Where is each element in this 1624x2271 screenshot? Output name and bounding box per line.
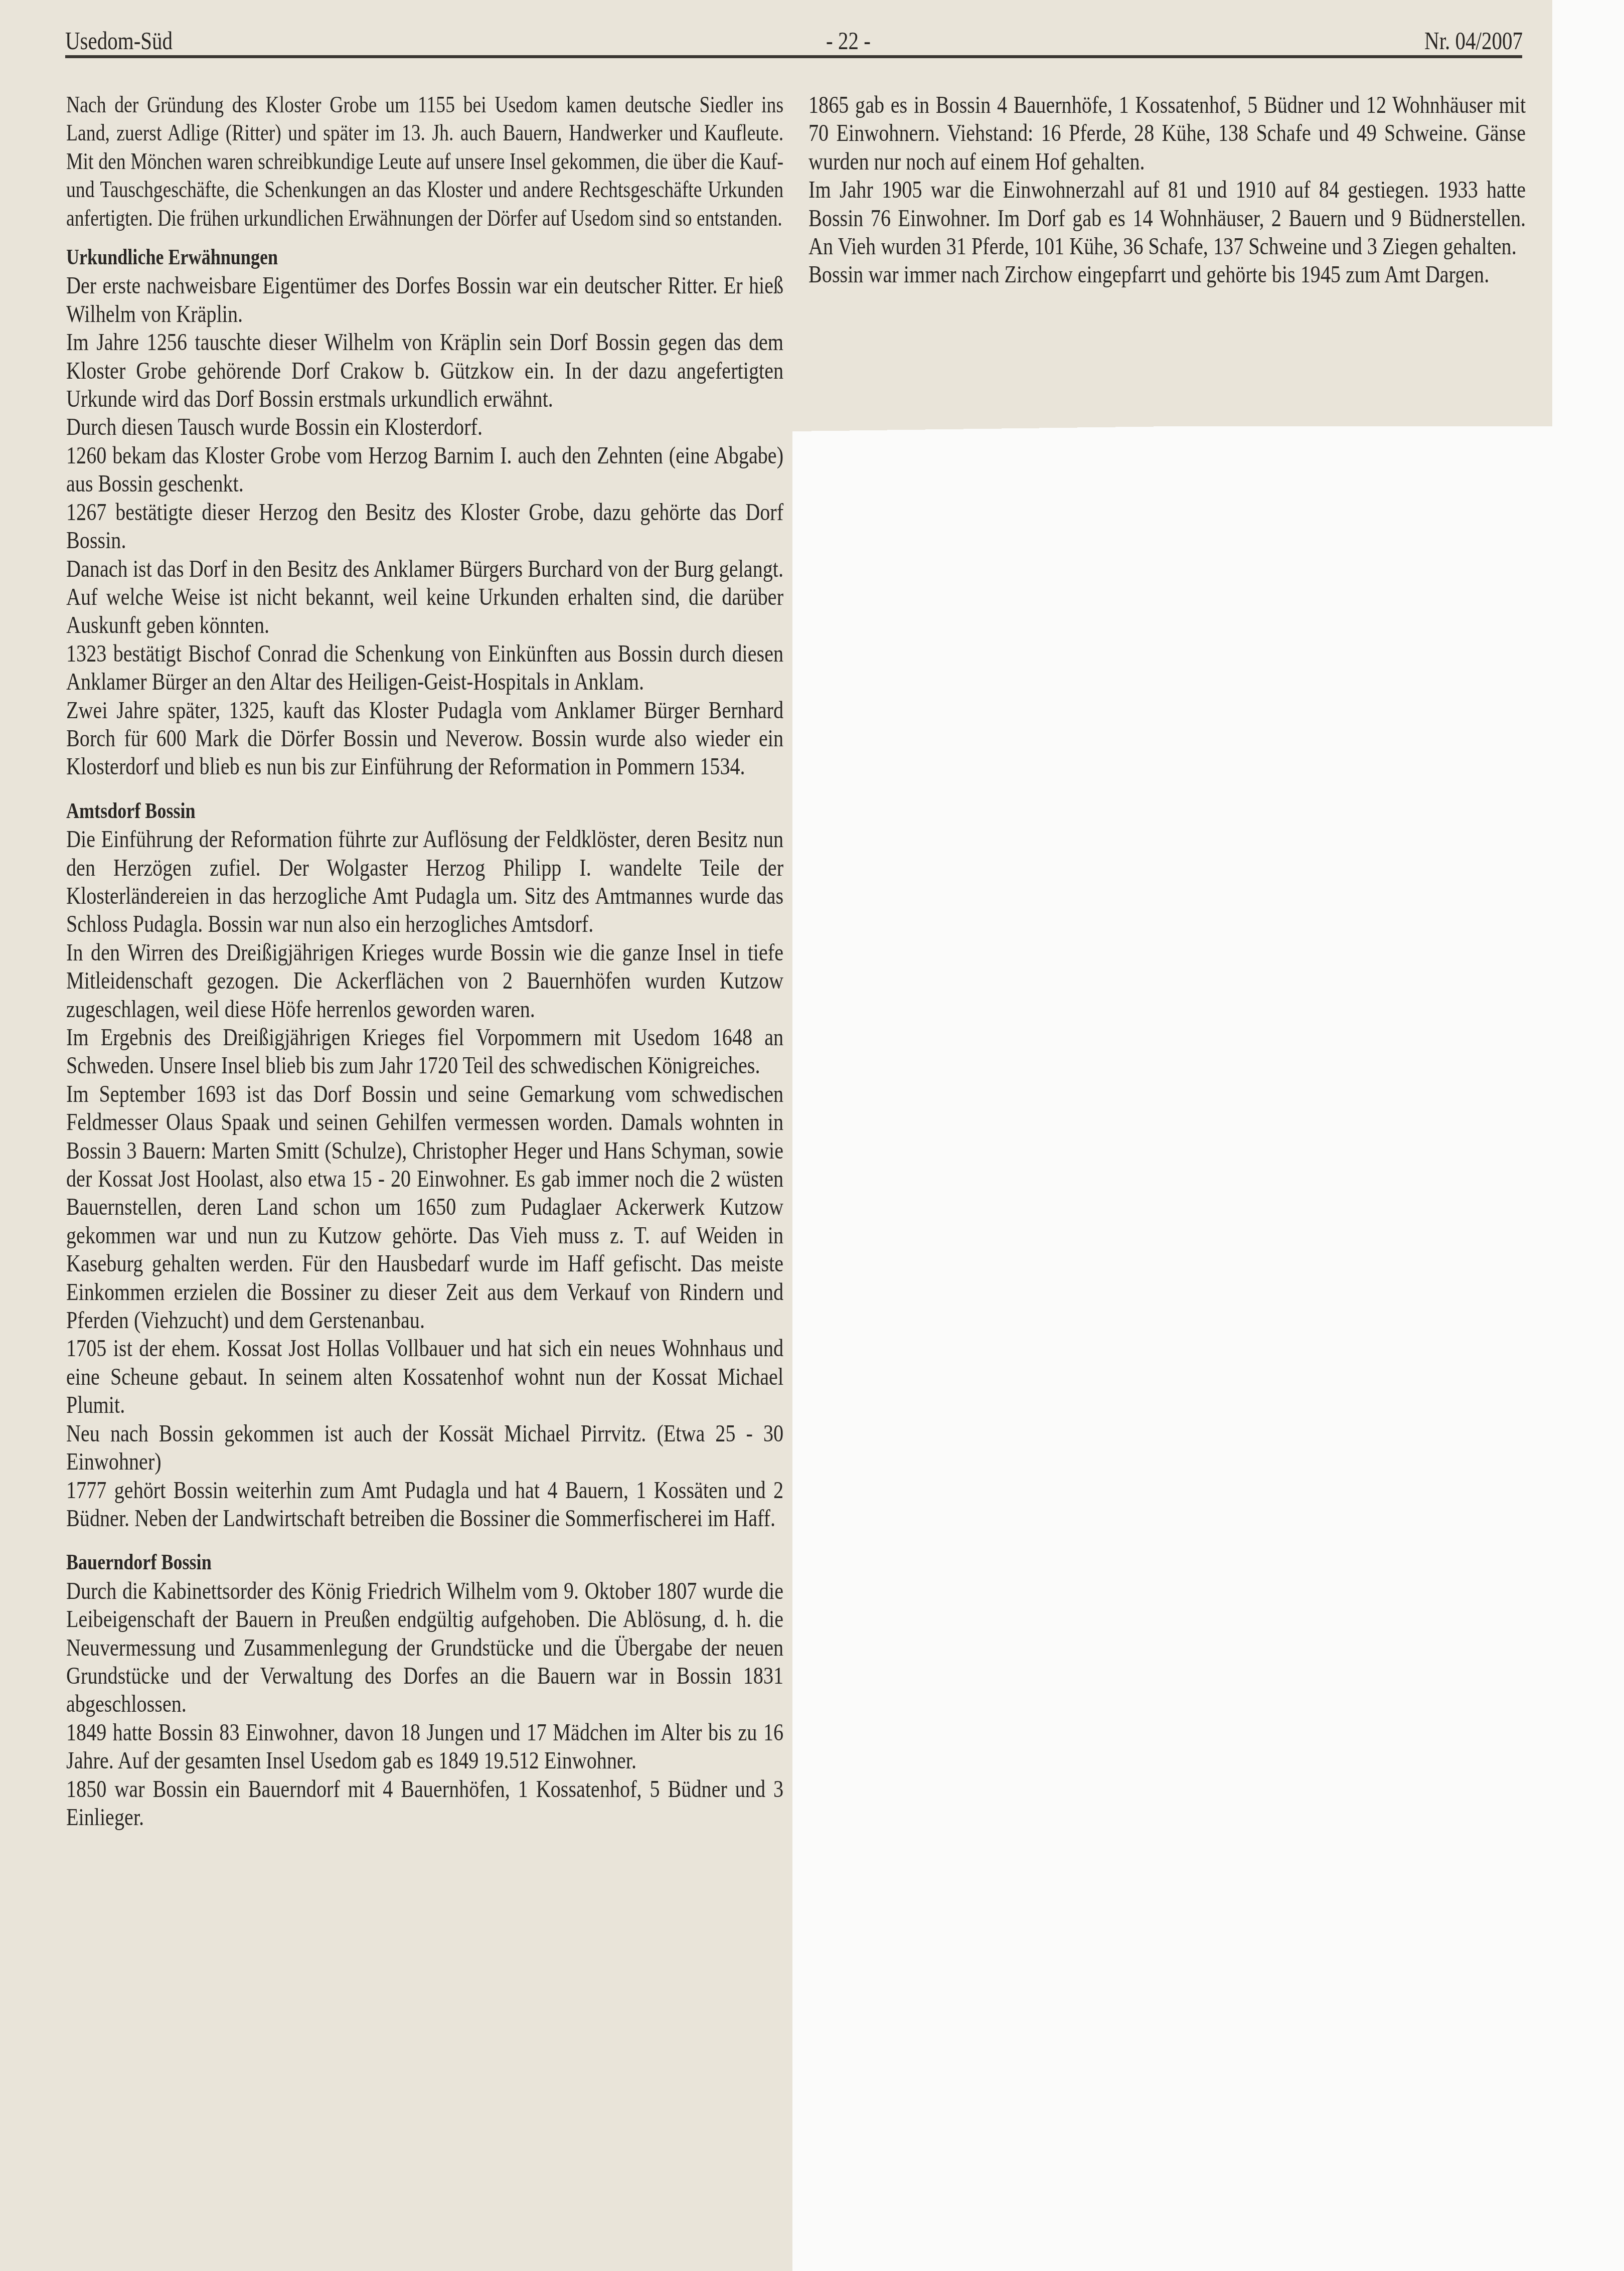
paragraph: In den Wirren des Dreißigjährigen Kriege… [66,938,783,1023]
clipping-torn-edge [792,421,1552,431]
paragraph: Bossin war immer nach Zirchow eingepfarr… [808,260,1526,288]
paragraph: 1849 hatte Bossin 83 Einwohner, davon 18… [66,1718,783,1775]
issue-number: Nr. 04/2007 [1424,26,1523,55]
section-heading-bauerndorf: Bauerndorf Bossin [66,1548,783,1576]
page-number: - 22 - [826,26,871,55]
paragraph: Im Ergebnis des Dreißigjährigen Krieges … [66,1023,783,1080]
paragraph: Die Einführung der Reformation führte zu… [66,825,783,938]
paragraph: Im Jahr 1905 war die Einwohnerzahl auf 8… [808,176,1526,260]
paragraph: Der erste nachweisbare Eigentümer des Do… [66,271,783,328]
paragraph: 1705 ist der ehem. Kossat Jost Hollas Vo… [66,1334,783,1419]
publication-name: Usedom-Süd [65,26,173,55]
paragraph: 1323 bestätigt Bischof Conrad die Schenk… [66,639,783,696]
paragraph: Im Jahre 1256 tauschte dieser Wilhelm vo… [66,328,783,413]
paragraph: 1267 bestätigte dieser Herzog den Besitz… [66,498,783,555]
right-column: 1865 gab es in Bossin 4 Bauernhöfe, 1 Ko… [808,91,1526,289]
paragraph: Im September 1693 ist das Dorf Bossin un… [66,1080,783,1335]
section-heading-amtsdorf: Amtsdorf Bossin [66,797,783,825]
paragraph: Durch diesen Tausch wurde Bossin ein Klo… [66,413,783,441]
page-header: Usedom-Süd - 22 - Nr. 04/2007 [65,26,1260,56]
paragraph: 1260 bekam das Kloster Grobe vom Herzog … [66,441,783,498]
paragraph: Neu nach Bossin gekommen ist auch der Ko… [66,1419,783,1476]
section-heading-urkundliche: Urkundliche Erwähnungen [66,243,783,271]
header-rule [65,55,1522,58]
left-column: Nach der Gründung des Kloster Grobe um 1… [66,91,783,1831]
paragraph: 1865 gab es in Bossin 4 Bauernhöfe, 1 Ko… [808,91,1526,176]
intro-paragraph: Nach der Gründung des Kloster Grobe um 1… [66,91,783,232]
paragraph: Durch die Kabinettsorder des König Fried… [66,1577,783,1718]
paragraph: 1850 war Bossin ein Bauerndorf mit 4 Bau… [66,1775,783,1832]
paragraph: 1777 gehört Bossin weiterhin zum Amt Pud… [66,1476,783,1533]
paragraph: Danach ist das Dorf in den Besitz des An… [66,555,783,639]
paragraph: Zwei Jahre später, 1325, kauft das Klost… [66,696,783,781]
